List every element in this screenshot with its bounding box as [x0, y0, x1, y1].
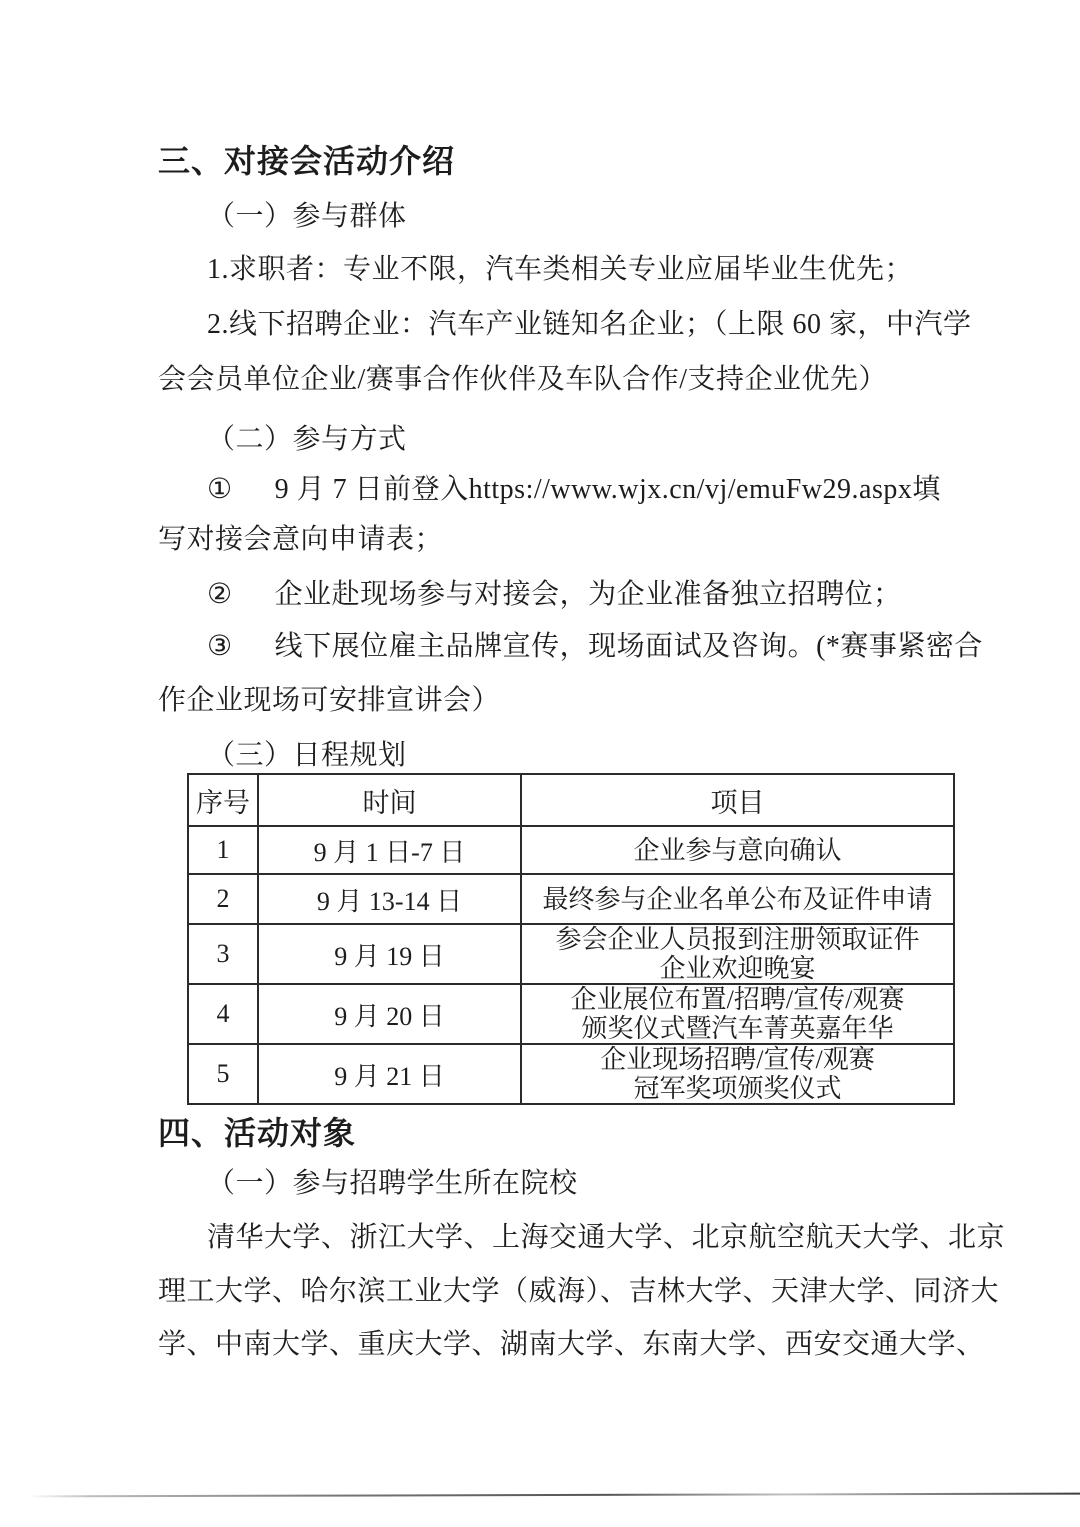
- row-5-time: 9 月 21 日: [258, 1044, 521, 1104]
- participants-item-2-line-2: 会会员单位企业/赛事合作伙伴及车队合作/支持企业优先）: [158, 363, 958, 397]
- row-4-item-line-2: 颁奖仪式暨汽车菁英嘉年华: [522, 1014, 953, 1043]
- row-4-item: 企业展位布置/招聘/宣传/观赛 颁奖仪式暨汽车菁英嘉年华: [521, 984, 954, 1044]
- circled-2-marker: ②: [207, 578, 233, 612]
- section-3-heading: 三、对接会活动介绍: [158, 144, 958, 178]
- schedule-header-row: 序号 时间 项目: [188, 774, 954, 826]
- row-2-item-line-1: 最终参与企业名单公布及证件申请: [522, 885, 953, 914]
- schedule-row-3: 3 9 月 19 日 参会企业人员报到注册领取证件 企业欢迎晚宴: [188, 924, 954, 984]
- participants-item-1: 1.求职者：专业不限，汽车类相关专业应届毕业生优先；: [207, 253, 1007, 287]
- method-step-3-line-1: ③线下展位雇主品牌宣传，现场面试及咨询。(*赛事紧密合: [207, 630, 1007, 664]
- row-2-item: 最终参与企业名单公布及证件申请: [521, 874, 954, 924]
- universities-subheading: （一）参与招聘学生所在院校: [207, 1167, 1007, 1201]
- method-subheading: （二）参与方式: [207, 423, 1007, 457]
- method-step-1-line-1: ①9 月 7 日前登入https://www.wjx.cn/vj/emuFw29…: [207, 473, 1007, 507]
- method-step-1-line-2: 写对接会意向申请表；: [158, 523, 958, 557]
- row-1-item: 企业参与意向确认: [521, 826, 954, 874]
- row-4-no: 4: [188, 984, 258, 1044]
- schedule-row-4: 4 9 月 20 日 企业展位布置/招聘/宣传/观赛 颁奖仪式暨汽车菁英嘉年华: [188, 984, 954, 1044]
- row-5-item-line-2: 冠军奖项颁奖仪式: [522, 1074, 953, 1103]
- row-3-time: 9 月 19 日: [258, 924, 521, 984]
- schedule-header-item: 项目: [521, 774, 954, 826]
- schedule-subheading: （三）日程规划: [207, 739, 1007, 773]
- schedule-header-no: 序号: [188, 774, 258, 826]
- circled-3-marker: ③: [207, 630, 233, 664]
- row-2-time: 9 月 13-14 日: [258, 874, 521, 924]
- row-3-no: 3: [188, 924, 258, 984]
- schedule-row-2: 2 9 月 13-14 日 最终参与企业名单公布及证件申请: [188, 874, 954, 924]
- document-page: 三、对接会活动介绍 （一）参与群体 1.求职者：专业不限，汽车类相关专业应届毕业…: [0, 0, 1080, 1527]
- universities-line-2: 理工大学、哈尔滨工业大学（威海）、吉林大学、天津大学、同济大: [158, 1275, 958, 1309]
- row-3-item-line-1: 参会企业人员报到注册领取证件: [522, 925, 953, 954]
- method-step-3-text: 线下展位雇主品牌宣传，现场面试及咨询。(*赛事紧密合: [275, 630, 983, 664]
- row-3-item-line-2: 企业欢迎晚宴: [522, 954, 953, 983]
- row-4-item-line-1: 企业展位布置/招聘/宣传/观赛: [522, 985, 953, 1014]
- method-step-1-text: 9 月 7 日前登入https://www.wjx.cn/vj/emuFw29.…: [275, 473, 941, 507]
- universities-line-1: 清华大学、浙江大学、上海交通大学、北京航空航天大学、北京: [207, 1221, 1007, 1255]
- schedule-header-time: 时间: [258, 774, 521, 826]
- row-3-item: 参会企业人员报到注册领取证件 企业欢迎晚宴: [521, 924, 954, 984]
- schedule-table: 序号 时间 项目 1 9 月 1 日-7 日 企业参与意向确认 2 9 月 13…: [187, 773, 955, 1105]
- circled-1-marker: ①: [207, 473, 233, 507]
- participants-subheading: （一）参与群体: [207, 200, 1007, 234]
- universities-line-3: 学、中南大学、重庆大学、湖南大学、东南大学、西安交通大学、: [158, 1328, 958, 1362]
- row-5-item-line-1: 企业现场招聘/宣传/观赛: [522, 1045, 953, 1074]
- row-4-time: 9 月 20 日: [258, 984, 521, 1044]
- participants-item-2-line-1: 2.线下招聘企业：汽车产业链知名企业；（上限 60 家，中汽学: [207, 308, 1007, 342]
- row-1-no: 1: [188, 826, 258, 874]
- schedule-row-1: 1 9 月 1 日-7 日 企业参与意向确认: [188, 826, 954, 874]
- schedule-row-5: 5 9 月 21 日 企业现场招聘/宣传/观赛 冠军奖项颁奖仪式: [188, 1044, 954, 1104]
- row-5-item: 企业现场招聘/宣传/观赛 冠军奖项颁奖仪式: [521, 1044, 954, 1104]
- row-1-time: 9 月 1 日-7 日: [258, 826, 521, 874]
- row-1-item-line-1: 企业参与意向确认: [522, 836, 953, 865]
- method-step-2-text: 企业赴现场参与对接会，为企业准备独立招聘位；: [275, 578, 902, 612]
- method-step-3-line-2: 作企业现场可安排宣讲会）: [158, 684, 958, 718]
- scan-artifact-line: [28, 1493, 1080, 1498]
- row-2-no: 2: [188, 874, 258, 924]
- section-4-heading: 四、活动对象: [158, 1116, 958, 1150]
- row-5-no: 5: [188, 1044, 258, 1104]
- method-step-2-line-1: ②企业赴现场参与对接会，为企业准备独立招聘位；: [207, 578, 1007, 612]
